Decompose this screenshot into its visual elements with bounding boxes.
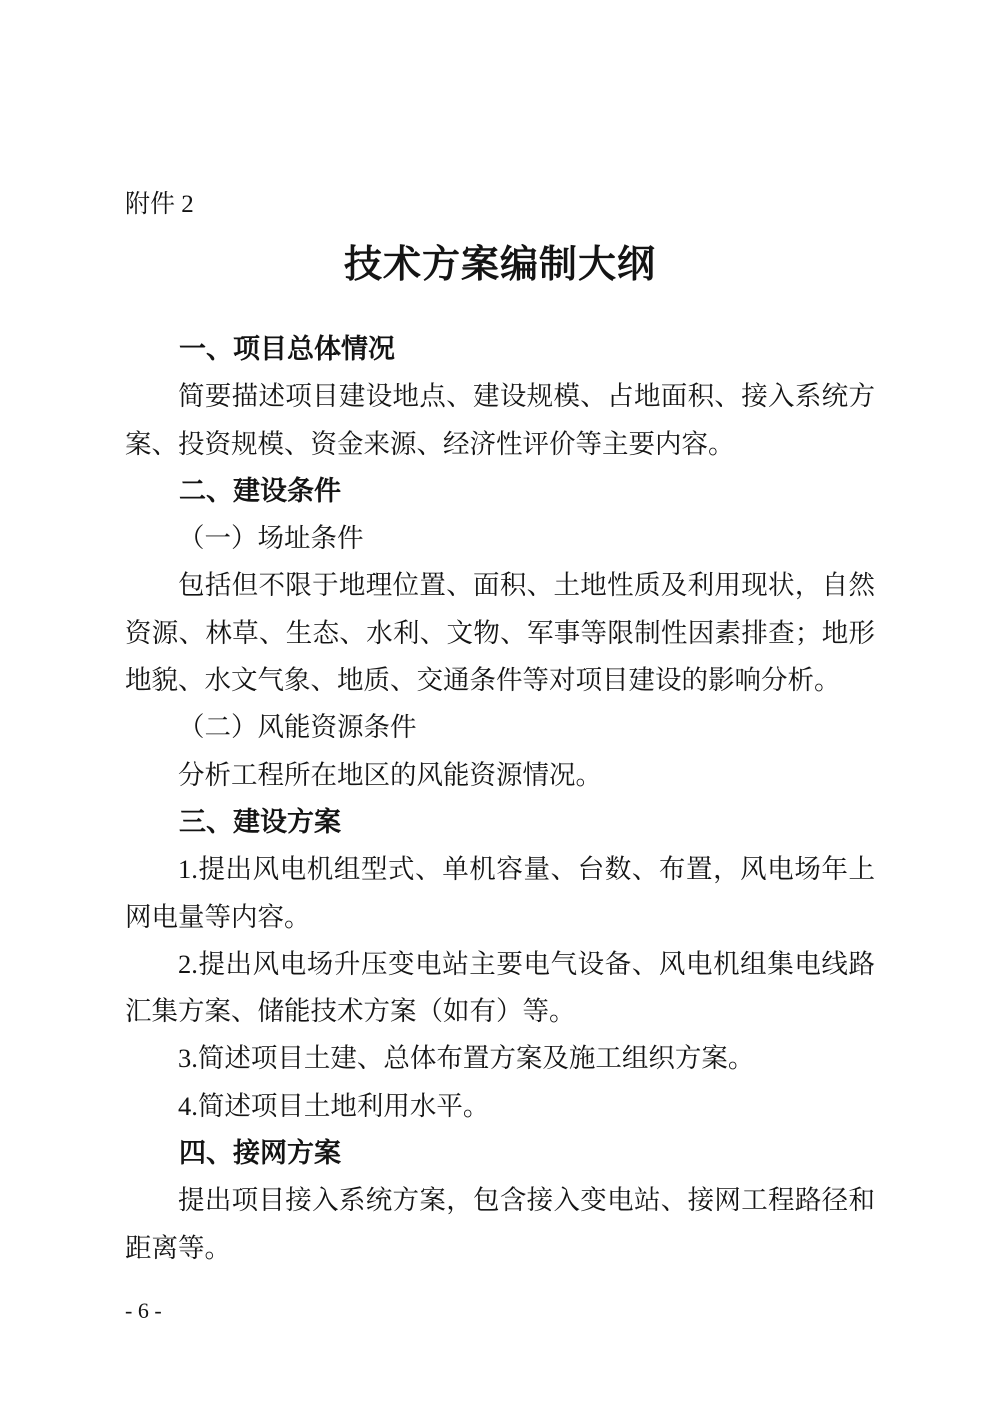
body-line: 简要描述项目建设地点、建设规模、占地面积、接入系统方 — [125, 373, 875, 420]
section-heading: 二、建设条件 — [125, 468, 875, 515]
page-footer: - 6 - — [125, 1296, 875, 1326]
body-line: 1.提出风电机组型式、单机容量、台数、布置，风电场年上 — [125, 846, 875, 893]
section-heading: 三、建设方案 — [125, 799, 875, 846]
section-heading: 一、项目总体情况 — [125, 326, 875, 373]
body-line: 2.提出风电场升压变电站主要电气设备、风电机组集电线路 — [125, 941, 875, 988]
body-line: 分析工程所在地区的风能资源情况。 — [125, 752, 875, 799]
document-title: 技术方案编制大纲 — [125, 240, 875, 290]
body-line: 包括但不限于地理位置、面积、土地性质及利用现状，自然 — [125, 562, 875, 609]
section-heading: 四、接网方案 — [125, 1130, 875, 1177]
body-line: 资源、林草、生态、水利、文物、军事等限制性因素排查；地形 — [125, 610, 875, 657]
body-line: 汇集方案、储能技术方案（如有）等。 — [125, 988, 875, 1035]
annex-label: 附件 2 — [125, 186, 875, 224]
body-line: 距离等。 — [125, 1225, 875, 1272]
body-line: 地貌、水文气象、地质、交通条件等对项目建设的影响分析。 — [125, 657, 875, 704]
subsection-heading: （一）场址条件 — [125, 515, 875, 562]
document-body: 附件 2技术方案编制大纲一、项目总体情况简要描述项目建设地点、建设规模、占地面积… — [125, 186, 875, 1326]
body-line: 提出项目接入系统方案，包含接入变电站、接网工程路径和 — [125, 1177, 875, 1224]
body-line: 3.简述项目土建、总体布置方案及施工组织方案。 — [125, 1035, 875, 1082]
body-line: 4.简述项目土地利用水平。 — [125, 1083, 875, 1130]
body-line: 网电量等内容。 — [125, 894, 875, 941]
document-page: 附件 2技术方案编制大纲一、项目总体情况简要描述项目建设地点、建设规模、占地面积… — [0, 0, 1000, 1414]
body-line: 案、投资规模、资金来源、经济性评价等主要内容。 — [125, 421, 875, 468]
subsection-heading: （二）风能资源条件 — [125, 704, 875, 751]
